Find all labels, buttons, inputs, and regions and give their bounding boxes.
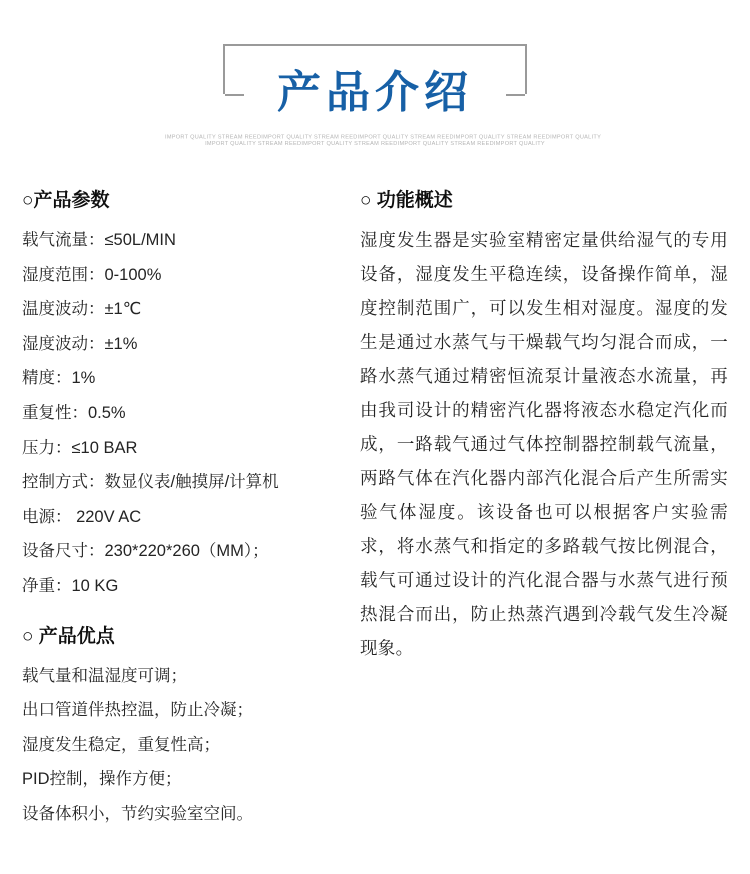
title-frame: 产品介绍 (223, 44, 527, 94)
parameters-list: 载气流量：≤50L/MIN 湿度范围：0-100% 温度波动：±1℃ 湿度波动：… (22, 223, 352, 604)
parameter-item: 设备尺寸：230*220*260（MM）； (22, 534, 352, 569)
parameter-item: 净重：10 KG (22, 569, 352, 604)
page-title: 产品介绍 (277, 56, 473, 120)
advantage-item: 载气量和温湿度可调； (22, 659, 352, 694)
overview-section: ○ 功能概述 湿度发生器是实验室精密定量供给湿气的专用设备，湿度发生平稳连续，设… (360, 188, 728, 832)
parameter-item: 湿度范围：0-100% (22, 258, 352, 293)
watermark-line-1: IMPORT QUALITY STREAM REEDIMPORT QUALITY… (165, 134, 585, 141)
overview-body: 湿度发生器是实验室精密定量供给湿气的专用设备，湿度发生平稳连续，设备操作简单，湿… (360, 223, 728, 665)
parameters-section: ○产品参数 载气流量：≤50L/MIN 湿度范围：0-100% 温度波动：±1℃… (22, 188, 352, 832)
advantage-item: 出口管道伴热控温，防止冷凝； (22, 693, 352, 728)
parameter-item: 压力：≤10 BAR (22, 431, 352, 466)
product-intro-page: 产品介绍 IMPORT QUALITY STREAM REEDIMPORT QU… (0, 0, 750, 874)
advantages-list: 载气量和温湿度可调； 出口管道伴热控温，防止冷凝； 湿度发生稳定，重复性高； P… (22, 659, 352, 832)
parameter-item: 精度：1% (22, 361, 352, 396)
advantage-item: 设备体积小，节约实验室空间。 (22, 797, 352, 832)
parameters-heading: ○产品参数 (22, 188, 352, 214)
content-columns: ○产品参数 载气流量：≤50L/MIN 湿度范围：0-100% 温度波动：±1℃… (0, 188, 750, 832)
parameter-item: 重复性：0.5% (22, 396, 352, 431)
watermark-line-2: IMPORT QUALITY STREAM REEDIMPORT QUALITY… (165, 141, 585, 148)
parameter-item: 控制方式：数显仪表/触摸屏/计算机 (22, 465, 352, 500)
overview-heading: ○ 功能概述 (360, 188, 728, 214)
parameter-item: 载气流量：≤50L/MIN (22, 223, 352, 258)
watermark: IMPORT QUALITY STREAM REEDIMPORT QUALITY… (165, 134, 585, 147)
parameter-item: 湿度波动：±1% (22, 327, 352, 362)
parameter-item: 温度波动：±1℃ (22, 292, 352, 327)
advantage-item: 湿度发生稳定，重复性高； (22, 728, 352, 763)
advantages-heading: ○ 产品优点 (22, 624, 352, 650)
advantage-item: PID控制，操作方便； (22, 762, 352, 797)
parameter-item: 电源： 220V AC (22, 500, 352, 535)
title-section: 产品介绍 IMPORT QUALITY STREAM REEDIMPORT QU… (0, 0, 750, 158)
